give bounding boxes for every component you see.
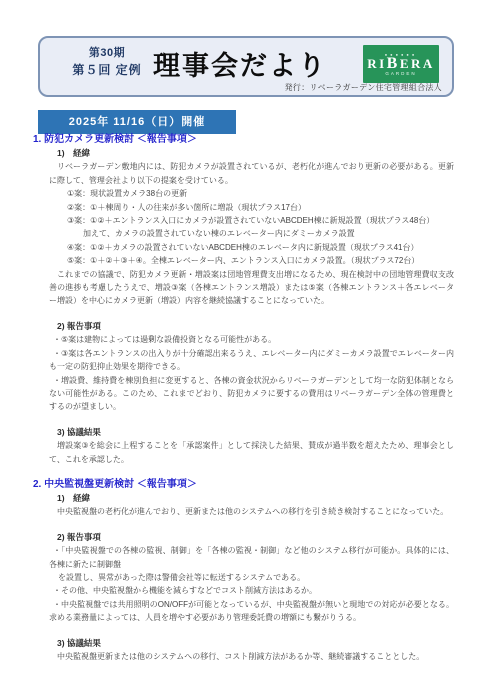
term-block: 第30期 第５回 定例: [68, 46, 146, 79]
section1-report-bullet-1: ・⑤案は建物によっては過剰な設備投資となる可能性がある。: [49, 333, 454, 346]
plan-item-5: ⑤案：①＋②＋③＋④。全棟エレベーター内、エントランス入口にカメラ設置。（現状プ…: [67, 254, 454, 267]
section2-report-bullet-3: ・中央監視盤では共用照明のON/OFFが可能となっているが、中央監視盤が無いと現…: [49, 598, 454, 625]
header-box: 第30期 第５回 定例 理事会だより ●●●●●● RIBERA GARDEN …: [38, 36, 454, 97]
plan-item-3-continuation: 加えて、カメラの設置されていない棟のエレベーター内にダミーカメラ設置: [83, 227, 454, 240]
session-label: 第５回 定例: [68, 62, 146, 79]
section2-sub3-paragraph: 中央監視盤更新または他のシステムへの移行、コスト削減方法があるか等、継続審議する…: [49, 650, 454, 663]
section2-report-bullet-2: ・その他、中央監視盤から機能を減らすなどでコスト削減方法はあるか。: [49, 584, 454, 597]
section2-report-bullet-1: ・「中央監視盤での各棟の監視、制御」を「各棟の監視・制御」など他のシステム移行が…: [49, 544, 454, 571]
plan-item-1: ①案：現状設置カメラ38台の更新: [67, 187, 454, 200]
section2-heading: 2. 中央監視盤更新検討 ＜報告事項＞: [33, 478, 454, 492]
logo-brand-part1: RI: [367, 56, 386, 71]
document-body: 1. 防犯カメラ更新検討 ＜報告事項＞ 1) 経緯 リベーラガーデン敷地内には、…: [33, 131, 454, 663]
section2-sub2-heading: 2) 報告事項: [57, 531, 454, 544]
term-label: 第30期: [68, 46, 146, 62]
page-title: 理事会だより: [153, 44, 327, 83]
plan-item-4: ④案：①②＋カメラの設置されていないABCDEH棟のエレベータ内に新規設置（現状…: [67, 241, 454, 254]
section1-heading: 1. 防犯カメラ更新検討 ＜報告事項＞: [33, 133, 454, 147]
plan-item-3: ③案：①②＋エントランス入口にカメラが設置されていないABCDEH棟に新規設置（…: [67, 214, 454, 227]
publisher-line: 発行：リベーラガーデン住宅管理組合法人: [285, 82, 442, 93]
section2-sub1-heading: 1) 経緯: [57, 492, 454, 505]
section1-report-bullet-2: ・③案は各エントランスの出入りが十分確認出来るうえ、エレベーター内にダミーカメラ…: [49, 347, 454, 374]
section1-sub1-heading: 1) 経緯: [57, 147, 454, 160]
section1-sub2-heading: 2) 報告事項: [57, 320, 454, 333]
logo-brand-part3: ERA: [400, 56, 435, 71]
section2-sub3-heading: 3) 協議結果: [57, 637, 454, 650]
logo-brand-part2: B: [387, 55, 400, 72]
section1-sub1-paragraph1: リベーラガーデン敷地内には、防犯カメラが設置されているが、老朽化が進んでおり更新…: [49, 160, 454, 187]
section2-report-bullet-1-continuation: を設置し、異常があった際は警備会社等に転送するシステムである。: [58, 571, 454, 584]
plan-item-2: ②案：①＋棟周り・人の往来が多い箇所に増設（現状プラス17台）: [67, 201, 454, 214]
section1-sub3-paragraph: 増設案③を総会に上程することを「承認案件」として採決した結果、賛成が過半数を超え…: [49, 439, 454, 466]
logo-sub-text: GARDEN: [363, 71, 439, 77]
logo-dots-decoration: ●●●●●●: [363, 52, 439, 57]
ribera-logo: ●●●●●● RIBERA GARDEN: [363, 45, 439, 83]
section1-report-bullet-3: ・増設費、維持費を棟別負担に変更すると、各棟の資金状況からリベーラガーデンとして…: [49, 374, 454, 414]
newsletter-page: 第30期 第５回 定例 理事会だより ●●●●●● RIBERA GARDEN …: [0, 0, 480, 679]
logo-brand-text: RIBERA: [363, 57, 439, 71]
section2-sub1-paragraph: 中央監視盤の老朽化が進んでおり、更新または他のシステムへの移行を引き続き検討する…: [49, 505, 454, 518]
section1-sub1-paragraph2: これまでの協議で、防犯カメラ更新・増設案は団地管理費支出増になるため、現在検討中…: [49, 268, 454, 308]
section1-sub3-heading: 3) 協議結果: [57, 426, 454, 439]
